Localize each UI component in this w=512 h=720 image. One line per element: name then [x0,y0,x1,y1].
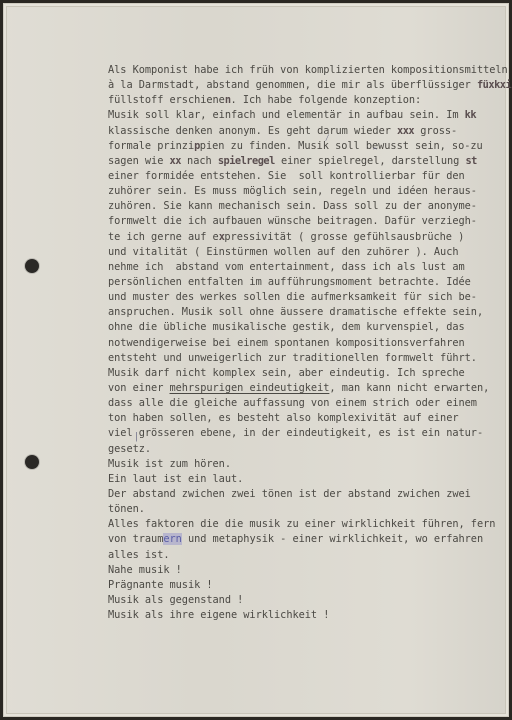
text-line: Der abstand zwichen zwei tönen ist der a… [108,487,512,502]
text-line: ton haben sollen, es besteht also komple… [108,411,512,426]
text-line: persönlichen entfalten im aufführungsmom… [108,275,512,290]
text-line: Prägnante musik ! [108,578,512,593]
text-segment: klassische denken anonym. Es geht darum … [108,125,397,137]
text-segment: füllstoff erschiene [108,94,225,106]
handwritten-insertion-mark: ^ [372,147,378,155]
text-segment: zuhörer sein. Es muss möglich sein, rege… [108,185,477,197]
text-segment: formale prinzi [108,140,194,152]
text-line: und muster des werkes sollen die aufmerk… [108,290,512,305]
text-segment: pressivität ( grosse gefühlsausbrüche ) [224,231,464,243]
text-line: alles ist. [108,548,512,563]
text-segment: formwelt die ich aufbauen wünsche beitra… [108,215,477,227]
text-segment: ton haben sollen, es besteht also komple… [108,412,459,424]
text-segment: und vitalität ( Einstürmen wollen auf de… [108,246,459,258]
text-segment: pien zu finden. Musik soll bewusst sein,… [200,140,483,152]
text-segment: Musik soll klar, einfach und elementär i… [108,109,465,121]
handwritten-separator-mark: | [135,432,138,442]
text-segment: , man kann nicht erwarten, [329,382,489,394]
text-segment: Musik als gegenstand ! [108,594,243,606]
text-segment: Nahe musik ! [108,564,182,576]
text-segment: nehme ich abstand vom entertainment, das… [108,261,465,273]
text-segment: nach [181,155,218,167]
text-segment: Als Komponist habe ich früh von komplizi… [108,64,508,76]
text-line: Als Komponist habe ich früh von komplizi… [108,63,512,78]
text-line: zuhörer sein. Es muss möglich sein, rege… [108,184,512,199]
punch-hole [25,455,39,469]
text-segment: einer spielregel, darstellung [275,155,466,167]
text-segment: viel grösseren ebene, in der eindeutigke… [108,427,483,439]
text-line: formale prinzippien zu finden. Musik sol… [108,139,512,154]
text-line: notwendigerweise bei einem spontanen kom… [108,336,512,351]
struck-out-text: spielregel [218,155,275,167]
text-segment: Alles faktoren die die musik zu einer wi… [108,518,495,530]
text-segment: Ein laut ist ein laut. [108,473,243,485]
text-line: Musik soll klar, einfach und elementär i… [108,108,512,123]
text-segment: à la Darmstadt, abstand genommen, die mi… [108,79,477,91]
text-segment: te ich gerne auf e [108,231,219,243]
text-line: entsteht und unweigerlich zur traditione… [108,351,512,366]
text-line: formwelt die ich aufbauen wünsche beitra… [108,214,512,229]
struck-out-text: xx [170,155,181,167]
highlighted-correction: ern [163,533,181,545]
text-line: einer formidée entstehen. Sie soll kontr… [108,169,512,184]
text-segment: tönen. [108,503,145,515]
text-segment: gross- [414,125,457,137]
text-line: gesetz. [108,442,512,457]
text-line: von einer mehrspurigen eindeutigkeit, ma… [108,381,512,396]
text-line: Musik als gegenstand ! [108,593,512,608]
text-segment: notwendigerweise bei einem spontanen kom… [108,337,465,349]
text-line: Musik darf nicht komplex sein, aber eind… [108,366,512,381]
text-line: Musik ist zum hören. [108,457,512,472]
text-segment: Der abstand zwichen zwei tönen ist der a… [108,488,471,500]
text-segment: . Ich habe folgende konzeption: [231,94,422,106]
text-segment: gesetz. [108,443,151,455]
struck-out-text: xxx [397,125,414,137]
text-line: Alles faktoren die die musik zu einer wi… [108,517,512,532]
text-line: zuhören. Sie kann mechanisch sein. Dass … [108,199,512,214]
text-line: füllstoff erschienen. Ich habe folgende … [108,93,512,108]
struck-out-text: kk [465,109,476,121]
text-segment: einer formidée entstehen. Sie soll kontr… [108,170,465,182]
punch-hole [25,259,39,273]
struck-out-text: st [465,155,476,167]
text-line: tönen. [108,502,512,517]
text-segment: sagen wie [108,155,170,167]
text-line: klassische denken anonym. Es geht darum … [108,124,512,139]
text-segment: und metaphysik - einer wirklichkeit, wo … [182,533,483,545]
text-line: viel grösseren ebene, in der eindeutigke… [108,426,512,441]
text-line: nehme ich abstand vom entertainment, das… [108,260,512,275]
text-segment: zuhören. Sie kann mechanisch sein. Dass … [108,200,477,212]
struck-out-text: füxkxi [477,79,511,91]
text-line: Ein laut ist ein laut. [108,472,512,487]
text-line: Nahe musik ! [108,563,512,578]
text-line: von traumern und metaphysik - einer wirk… [108,532,512,547]
text-segment: Musik darf nicht komplex sein, aber eind… [108,367,465,379]
text-segment: Musik als ihre eigene wirklichkeit ! [108,609,329,621]
text-line: sagen wie xx nach spielregel einer spiel… [108,154,512,169]
text-segment: und muster des werkes sollen die aufmerk… [108,291,477,303]
text-line: à la Darmstadt, abstand genommen, die mi… [108,78,512,93]
text-segment: dass alle die gleiche auffassung von ein… [108,397,477,409]
text-segment: anspruchen. Musik soll ohne äussere dram… [108,306,483,318]
text-segment: entsteht und unweigerlich zur traditione… [108,352,477,364]
text-segment: alles ist. [108,549,170,561]
text-line: anspruchen. Musik soll ohne äussere dram… [108,305,512,320]
text-line: Musik als ihre eigene wirklichkeit ! [108,608,512,623]
manuscript-text: Als Komponist habe ich früh von komplizi… [108,63,512,623]
text-segment: von einer [108,382,170,394]
text-segment: Musik ist zum hören. [108,458,231,470]
text-segment: Prägnante musik ! [108,579,213,591]
text-segment: von traum [108,533,163,545]
underlined-text: mehrspurigen eindeutigkeit [170,382,330,394]
text-line: und vitalität ( Einstürmen wollen auf de… [108,245,512,260]
text-segment: persönlichen entfalten im aufführungsmom… [108,276,471,288]
text-line: te ich gerne auf expressivität ( grosse … [108,230,512,245]
text-line: dass alle die gleiche auffassung von ein… [108,396,512,411]
typewritten-page: Als Komponist habe ich früh von komplizi… [3,3,509,717]
handwritten-correction-mark: / [326,134,328,142]
text-segment: ohne die übliche musikalische gestik, de… [108,321,465,333]
text-line: ohne die übliche musikalische gestik, de… [108,320,512,335]
